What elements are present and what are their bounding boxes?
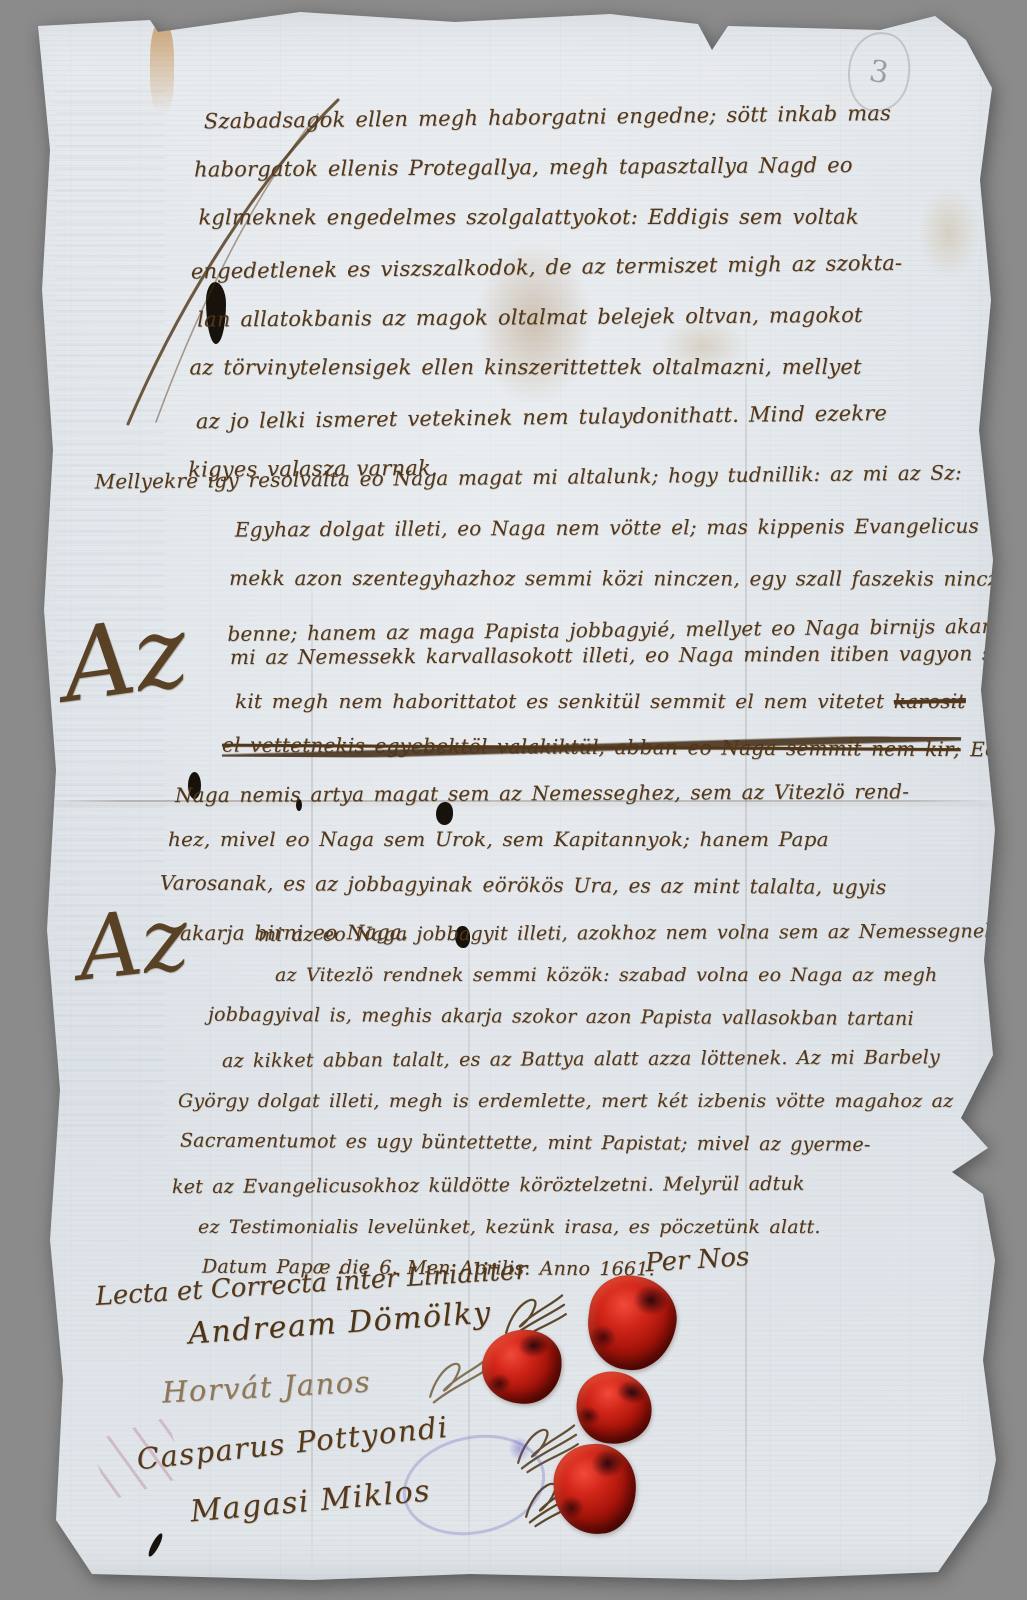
red-pencil-mark (90, 1417, 185, 1501)
text-line: Sacramentumot es ugy büntettette, mint P… (180, 1120, 967, 1167)
per-nos-text: Per Nos (644, 1242, 750, 1278)
text-line: kit megh nem haborittatot es senkitül se… (235, 678, 1027, 724)
text-line: az Vitezlö rendnek semmi közök: szabad v… (275, 954, 1027, 996)
text-line: Szabadsagok ellen megh haborgatni engedn… (203, 88, 915, 147)
struck-text: el vettetnekis egyebektöl valakiktül, ab… (222, 733, 961, 762)
text-line: lan allatokbanis az magok oltalmat belej… (197, 290, 909, 345)
paragraph-3: mi az Nemessekk karvallasokott illeti, e… (150, 632, 945, 954)
paper-shadow: Szabadsagok ellen megh haborgatni engedn… (0, 0, 1027, 1600)
paragraph-1: Szabadsagok ellen megh haborgatni engedn… (204, 90, 918, 495)
text-line: hez, mivel eo Naga sem Urok, sem Kapitan… (168, 816, 963, 862)
text-line: Mellyekre igy resolvalta eo Naga magat m… (94, 447, 962, 507)
text-line: mi az eo Naga jobbagyit illeti, azokhoz … (258, 910, 1027, 956)
paragraph-2: Mellyekre igy resolvalta eo Naga magat m… (94, 450, 962, 659)
text-line: az jo lelki ismeret vetekinek nem tulayd… (196, 388, 908, 447)
text-line: mi az Nemessekk karvallasokott illeti, e… (230, 630, 1025, 680)
text-line: Varosanak, es az jobbagyinak eörökös Ura… (160, 860, 955, 911)
manuscript-page: Szabadsagok ellen megh haborgatni engedn… (0, 0, 1027, 1600)
text-segment: kit megh nem haborittatot es senkitül se… (235, 689, 894, 713)
page-number-text: 3 (867, 53, 891, 91)
signature: Andream Dömölky (187, 1295, 493, 1351)
struck-text: karosit (894, 689, 966, 713)
text-line: ket az Evangelicusokhoz küldötte körözte… (172, 1162, 959, 1208)
text-line: el vettetnekis egyebektöl valakiktül, ab… (222, 722, 1017, 773)
text-line: György dolgat illeti, megh is erdemlette… (178, 1080, 965, 1122)
text-line: haborgatok ellenis Protegallya, megh tap… (194, 140, 906, 195)
text-line: kglmeknek engedelmes szolgalattyokot: Ed… (198, 192, 910, 243)
text-line: jobbagyival is, meghis akarja szokor azo… (208, 994, 995, 1041)
text-line: Egyhaz dolgat illeti, eo Naga nem vötte … (235, 500, 1027, 556)
text-line: az kikket abban talalt, es az Battya ala… (222, 1036, 1009, 1082)
text-line: mekk azon szentegyhazhoz semmi közi ninc… (229, 553, 1027, 605)
text-line: Naga nemis artya magat sem az Nemesseghe… (175, 768, 970, 818)
paragraph-4: mi az eo Naga jobbagyit illeti, azokhoz … (150, 912, 937, 1290)
text-segment: Eö (961, 737, 998, 761)
edge-stain (918, 185, 980, 280)
text-line: az törvinytelensigek ellen kinszerittett… (190, 342, 902, 393)
text-line: ez Testimonialis levelünket, kezünk iras… (198, 1206, 985, 1248)
text-line: engedetlenek es viszszalkodok, de az ter… (191, 238, 903, 297)
document-scan: Szabadsagok ellen megh haborgatni engedn… (0, 0, 1027, 1600)
signature: Horvát Janos (161, 1365, 372, 1410)
ink-blot (146, 1532, 164, 1558)
